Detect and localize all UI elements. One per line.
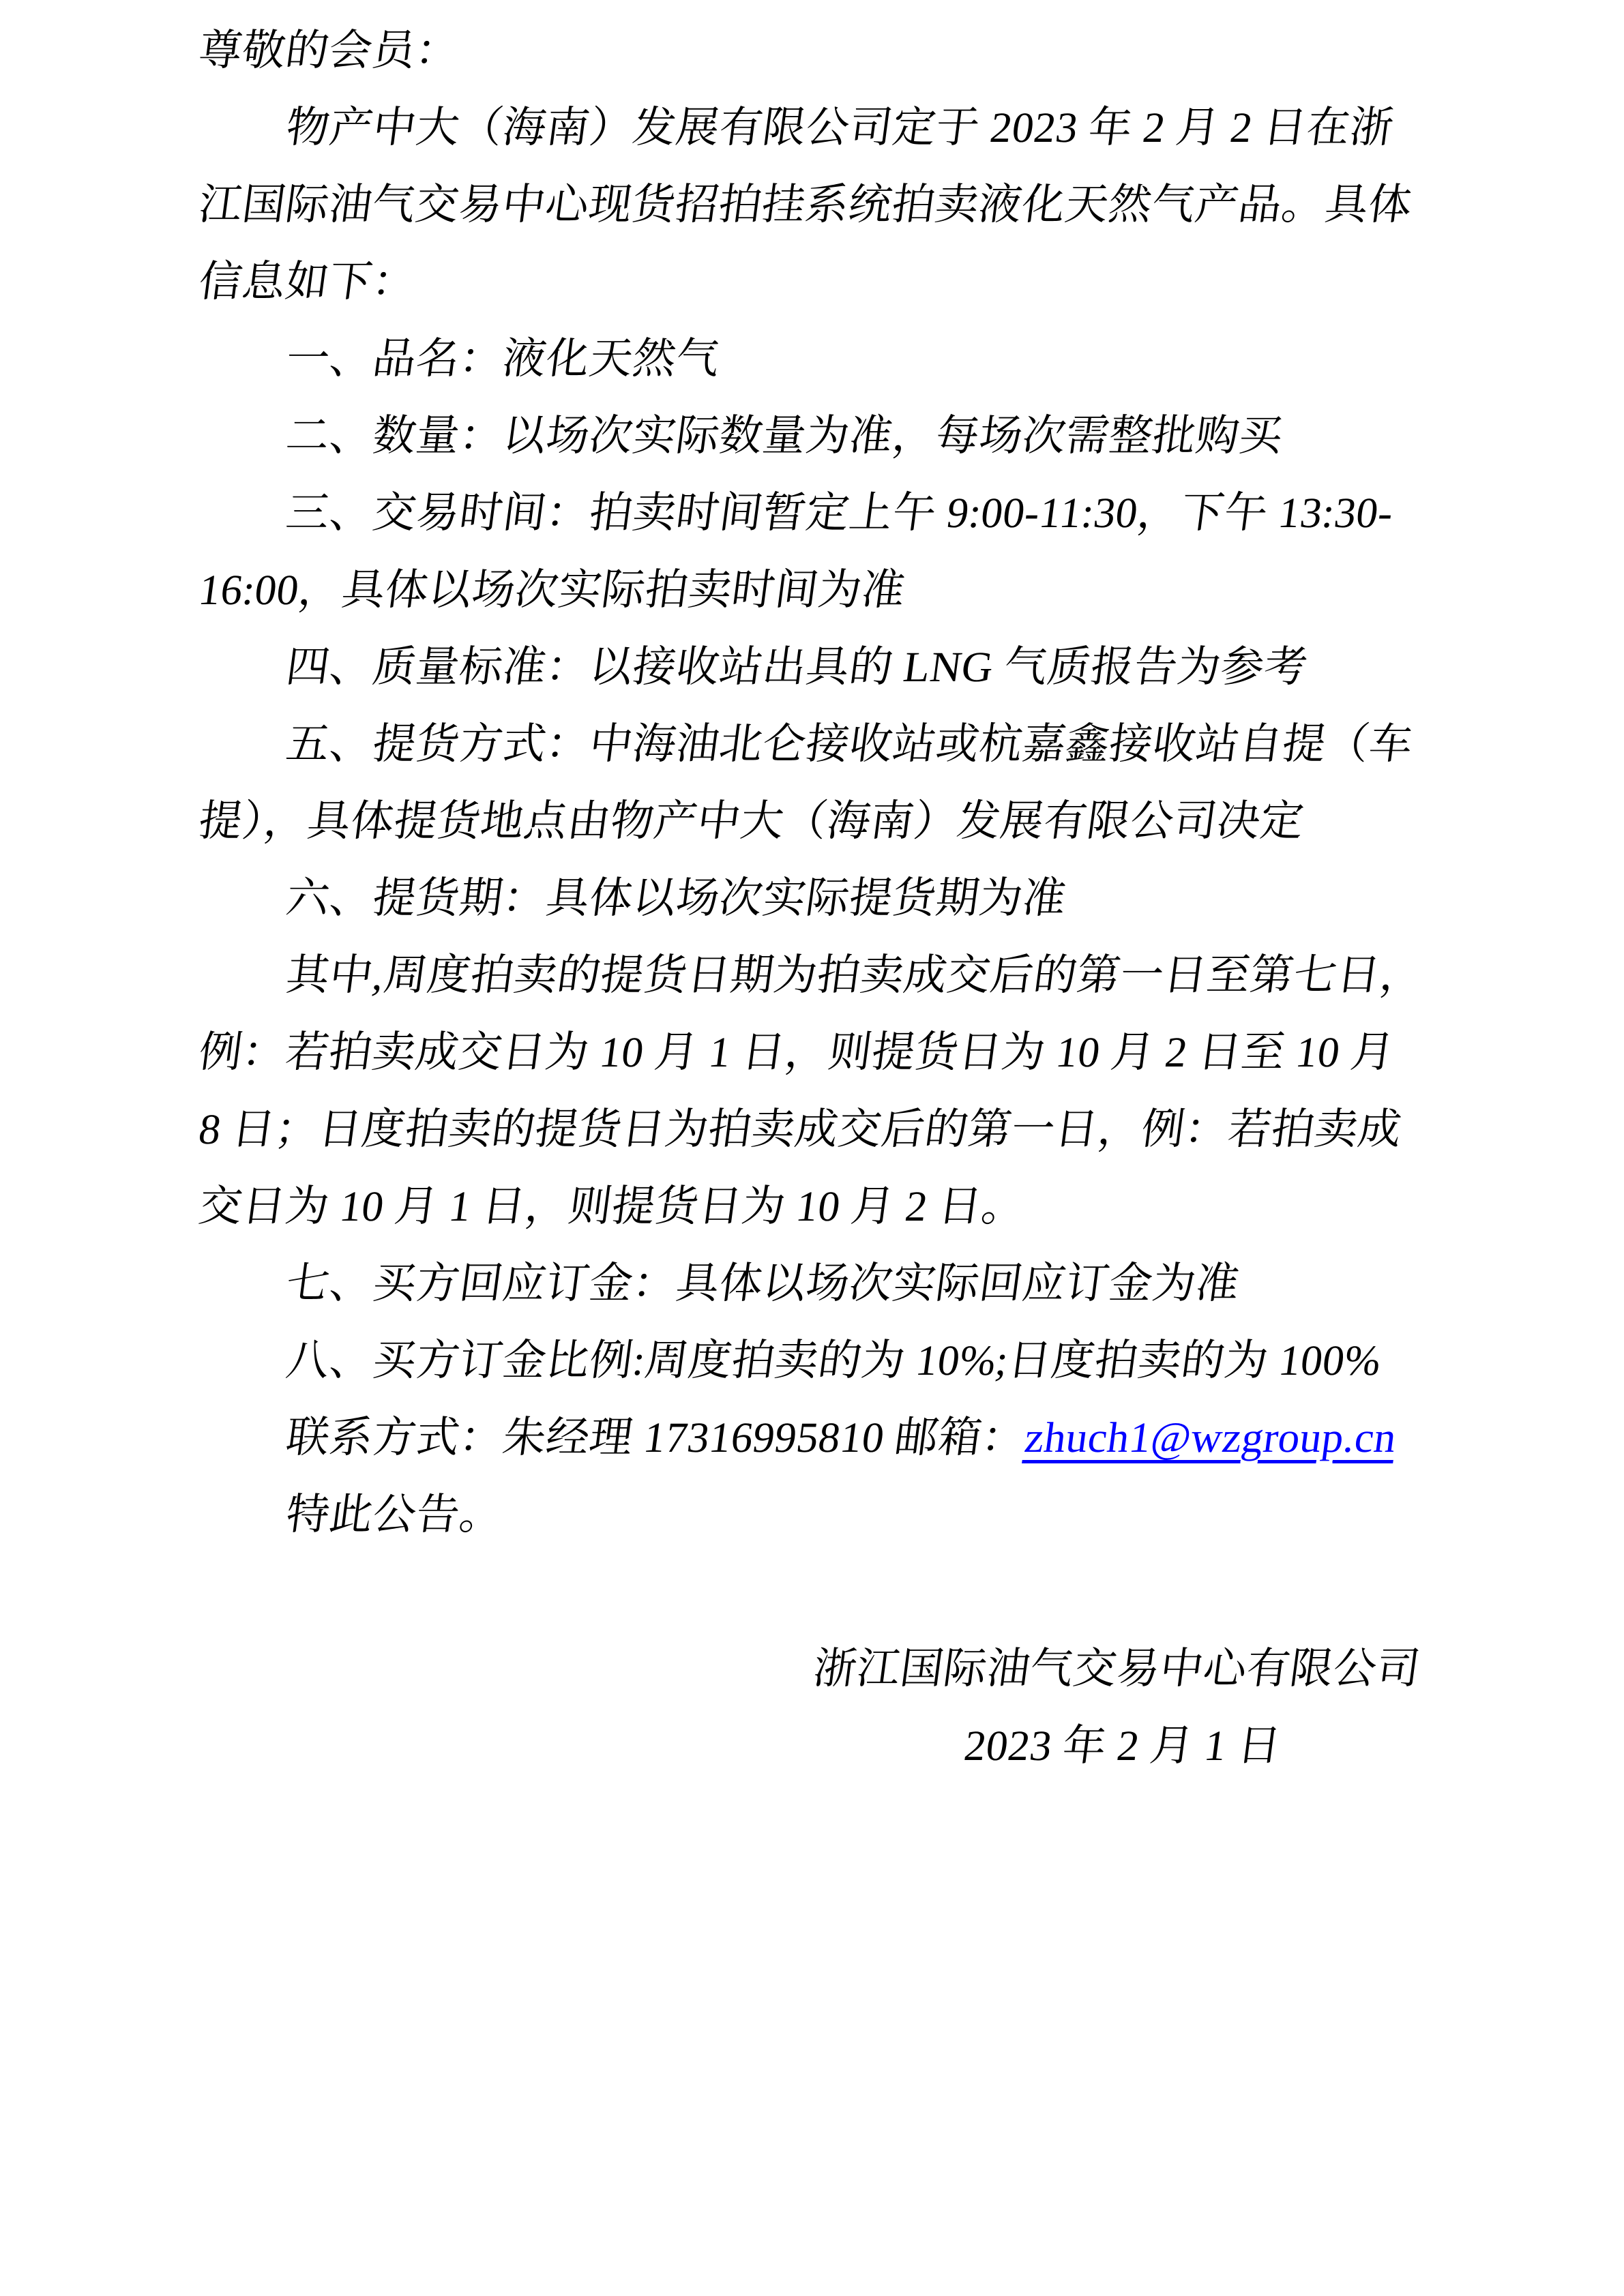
item-trading-time-line-1: 三、交易时间：拍卖时间暂定上午 9:00-11:30，下午 13:30- <box>194 475 1426 552</box>
salutation: 尊敬的会员： <box>194 12 1426 89</box>
signature-company: 浙江国际油气交易中心有限公司 <box>194 1630 1426 1708</box>
signature-date: 2023 年 2 月 1 日 <box>194 1708 1426 1785</box>
pickup-period-note-line-2: 例：若拍卖成交日为 10 月 1 日，则提货日为 10 月 2 日至 10 月 <box>194 1014 1426 1091</box>
pickup-period-note-line-3: 8 日；日度拍卖的提货日为拍卖成交后的第一日，例：若拍卖成 <box>194 1091 1426 1168</box>
item-buyer-response-deposit: 七、买方回应订金：具体以场次实际回应订金为准 <box>194 1245 1426 1322</box>
intro-line-3: 信息如下： <box>194 243 1426 320</box>
item-buyer-deposit-ratio: 八、买方订金比例:周度拍卖的为 10%;日度拍卖的为 100% <box>194 1322 1426 1399</box>
item-quantity: 二、数量：以场次实际数量为准，每场次需整批购买 <box>194 398 1426 475</box>
announcement-body: 尊敬的会员： 物产中大（海南）发展有限公司定于 2023 年 2 月 2 日在浙… <box>199 12 1420 1785</box>
item-pickup-method-line-2: 提），具体提货地点由物产中大（海南）发展有限公司决定 <box>194 783 1426 860</box>
item-pickup-method-line-1: 五、提货方式：中海油北仑接收站或杭嘉鑫接收站自提（车 <box>194 706 1426 783</box>
item-trading-time-line-2: 16:00，具体以场次实际拍卖时间为准 <box>194 552 1426 629</box>
item-pickup-period: 六、提货期：具体以场次实际提货期为准 <box>194 860 1426 937</box>
blank-line <box>199 1553 1420 1630</box>
contact-text: 联系方式：朱经理 17316995810 邮箱： <box>283 1414 1028 1461</box>
item-product-name: 一、品名：液化天然气 <box>194 320 1426 398</box>
intro-line-2: 江国际油气交易中心现货招拍挂系统拍卖液化天然气产品。具体 <box>194 166 1426 243</box>
item-quality-standard: 四、质量标准：以接收站出具的 LNG 气质报告为参考 <box>194 629 1426 706</box>
email-link[interactable]: zhuch1@wzgroup.cn <box>1022 1414 1399 1461</box>
pickup-period-note-line-1: 其中,周度拍卖的提货日期为拍卖成交后的第一日至第七日， <box>194 937 1426 1014</box>
pickup-period-note-line-4: 交日为 10 月 1 日，则提货日为 10 月 2 日。 <box>194 1168 1426 1245</box>
closing-line: 特此公告。 <box>194 1476 1426 1553</box>
contact-line: 联系方式：朱经理 17316995810 邮箱：zhuch1@wzgroup.c… <box>194 1399 1426 1476</box>
announcement-page: 尊敬的会员： 物产中大（海南）发展有限公司定于 2023 年 2 月 2 日在浙… <box>0 0 1624 2296</box>
intro-line-1: 物产中大（海南）发展有限公司定于 2023 年 2 月 2 日在浙 <box>194 89 1426 166</box>
